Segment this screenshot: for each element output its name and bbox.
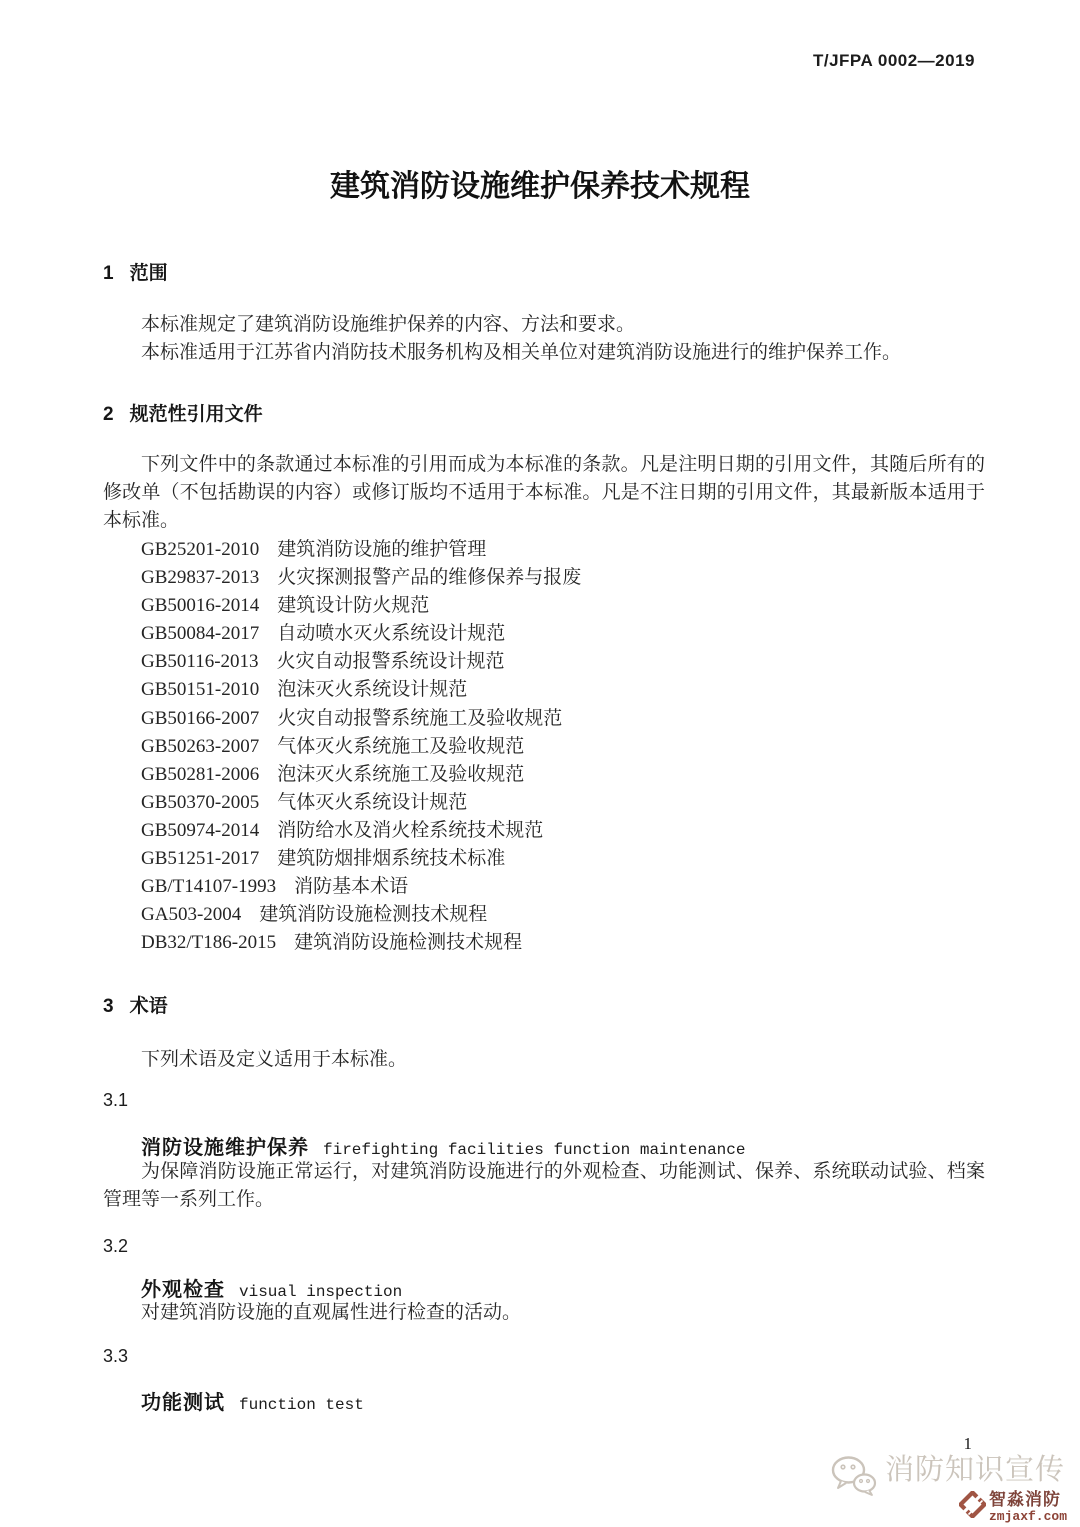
- subsection-number: 3.3: [103, 1346, 128, 1367]
- term-entry: 功能测试function test: [141, 1386, 364, 1415]
- diamond-logo-icon: [959, 1491, 986, 1523]
- section-title: 范围: [130, 263, 168, 284]
- reference-item: GB/T14107-1993消防基本术语: [141, 873, 1001, 901]
- reference-item: GB51251-2017建筑防烟排烟系统技术标准: [141, 845, 1001, 873]
- reference-code: GB50263-2007: [141, 736, 259, 757]
- reference-item: DB32/T186-2015建筑消防设施检测技术规程: [141, 929, 1001, 957]
- reference-code: GB50151-2010: [141, 679, 259, 700]
- page-number: 1: [964, 1434, 973, 1454]
- reference-item: GB50281-2006泡沫灭火系统施工及验收规范: [141, 761, 1001, 789]
- reference-code: GA503-2004: [141, 904, 241, 925]
- reference-item: GB50263-2007气体灭火系统施工及验收规范: [141, 733, 1001, 761]
- reference-code: GB50084-2017: [141, 623, 259, 644]
- reference-item: GB25201-2010建筑消防设施的维护管理: [141, 536, 1001, 564]
- paragraph: 下列术语及定义适用于本标准。: [103, 1046, 985, 1074]
- reference-code: GB50370-2005: [141, 792, 259, 813]
- reference-item: GB50166-2007火灾自动报警系统施工及验收规范: [141, 705, 1001, 733]
- reference-item: GB50084-2017自动喷水灭火系统设计规范: [141, 620, 1001, 648]
- reference-title: 气体灭火系统设计规范: [277, 792, 467, 813]
- reference-code: GB/T14107-1993: [141, 876, 276, 897]
- reference-title: 火灾自动报警系统施工及验收规范: [277, 708, 562, 729]
- reference-title: 消防基本术语: [294, 876, 408, 897]
- document-page: T/JFPA 0002—2019 建筑消防设施维护保养技术规程 1范围 本标准规…: [0, 0, 1080, 1527]
- reference-item: GB29837-2013火灾探测报警产品的维修保养与报废: [141, 564, 1001, 592]
- reference-item: GB50974-2014消防给水及消火栓系统技术规范: [141, 817, 1001, 845]
- brand-name: 智淼消防: [989, 1491, 1067, 1508]
- reference-item: GB50116-2013火灾自动报警系统设计规范: [141, 648, 1001, 676]
- reference-code: GB51251-2017: [141, 848, 259, 869]
- section-1-heading: 1范围: [103, 258, 985, 285]
- term-chinese: 功能测试: [141, 1392, 225, 1414]
- reference-list: GB25201-2010建筑消防设施的维护管理 GB29837-2013火灾探测…: [141, 536, 1001, 957]
- section-2-heading: 2规范性引用文件: [103, 399, 985, 426]
- section-3-heading: 3术语: [103, 991, 985, 1018]
- paragraph: 下列文件中的条款通过本标准的引用而成为本标准的条款。凡是注明日期的引用文件，其随…: [103, 451, 985, 535]
- watermark-text: 消防知识宣传: [885, 1455, 1065, 1487]
- standard-code: T/JFPA 0002—2019: [813, 51, 975, 71]
- term-english: function test: [239, 1396, 364, 1414]
- reference-title: 消防给水及消火栓系统技术规范: [277, 820, 543, 841]
- reference-title: 火灾探测报警产品的维修保养与报废: [277, 567, 581, 588]
- reference-code: GB50166-2007: [141, 708, 259, 729]
- brand-logo: 智淼消防 zmjaxf.com: [959, 1491, 1067, 1523]
- reference-title: 建筑消防设施的维护管理: [277, 539, 486, 560]
- term-english: firefighting facilities function mainten…: [323, 1141, 745, 1159]
- term-entry: 外观检查visual inspection: [141, 1273, 402, 1302]
- reference-title: 泡沫灭火系统施工及验收规范: [277, 764, 524, 785]
- reference-code: GB50281-2006: [141, 764, 259, 785]
- document-title: 建筑消防设施维护保养技术规程: [0, 161, 1080, 205]
- section-number: 1: [103, 263, 114, 285]
- reference-code: GB25201-2010: [141, 539, 259, 560]
- term-chinese: 消防设施维护保养: [141, 1137, 309, 1159]
- reference-item: GB50151-2010泡沫灭火系统设计规范: [141, 676, 1001, 704]
- reference-code: GB50016-2014: [141, 595, 259, 616]
- reference-title: 火灾自动报警系统设计规范: [277, 651, 505, 672]
- section-number: 3: [103, 996, 114, 1018]
- subsection-number: 3.1: [103, 1090, 128, 1111]
- reference-item: GB50370-2005气体灭火系统设计规范: [141, 789, 1001, 817]
- reference-title: 建筑设计防火规范: [277, 595, 429, 616]
- term-definition: 为保障消防设施正常运行，对建筑消防设施进行的外观检查、功能测试、保养、系统联动试…: [103, 1158, 985, 1214]
- reference-title: 气体灭火系统施工及验收规范: [277, 736, 524, 757]
- reference-code: GB50116-2013: [141, 651, 259, 672]
- reference-code: DB32/T186-2015: [141, 932, 276, 953]
- section-title: 规范性引用文件: [130, 404, 263, 425]
- reference-code: GB29837-2013: [141, 567, 259, 588]
- section-number: 2: [103, 404, 114, 426]
- paragraph: 本标准适用于江苏省内消防技术服务机构及相关单位对建筑消防设施进行的维护保养工作。: [103, 339, 985, 367]
- reference-title: 建筑消防设施检测技术规程: [259, 904, 487, 925]
- reference-title: 建筑消防设施检测技术规程: [294, 932, 522, 953]
- wechat-icon: [831, 1455, 877, 1502]
- term-entry: 消防设施维护保养firefighting facilities function…: [141, 1131, 745, 1160]
- reference-item: GB50016-2014建筑设计防火规范: [141, 592, 1001, 620]
- reference-title: 泡沫灭火系统设计规范: [277, 679, 467, 700]
- reference-code: GB50974-2014: [141, 820, 259, 841]
- reference-item: GA503-2004建筑消防设施检测技术规程: [141, 901, 1001, 929]
- term-chinese: 外观检查: [141, 1279, 225, 1301]
- term-definition: 对建筑消防设施的直观属性进行检查的活动。: [103, 1299, 985, 1327]
- reference-title: 自动喷水灭火系统设计规范: [277, 623, 505, 644]
- brand-url: zmjaxf.com: [989, 1510, 1067, 1523]
- paragraph: 本标准规定了建筑消防设施维护保养的内容、方法和要求。: [103, 311, 985, 339]
- subsection-number: 3.2: [103, 1236, 128, 1257]
- reference-title: 建筑防烟排烟系统技术标准: [277, 848, 505, 869]
- section-title: 术语: [130, 996, 168, 1017]
